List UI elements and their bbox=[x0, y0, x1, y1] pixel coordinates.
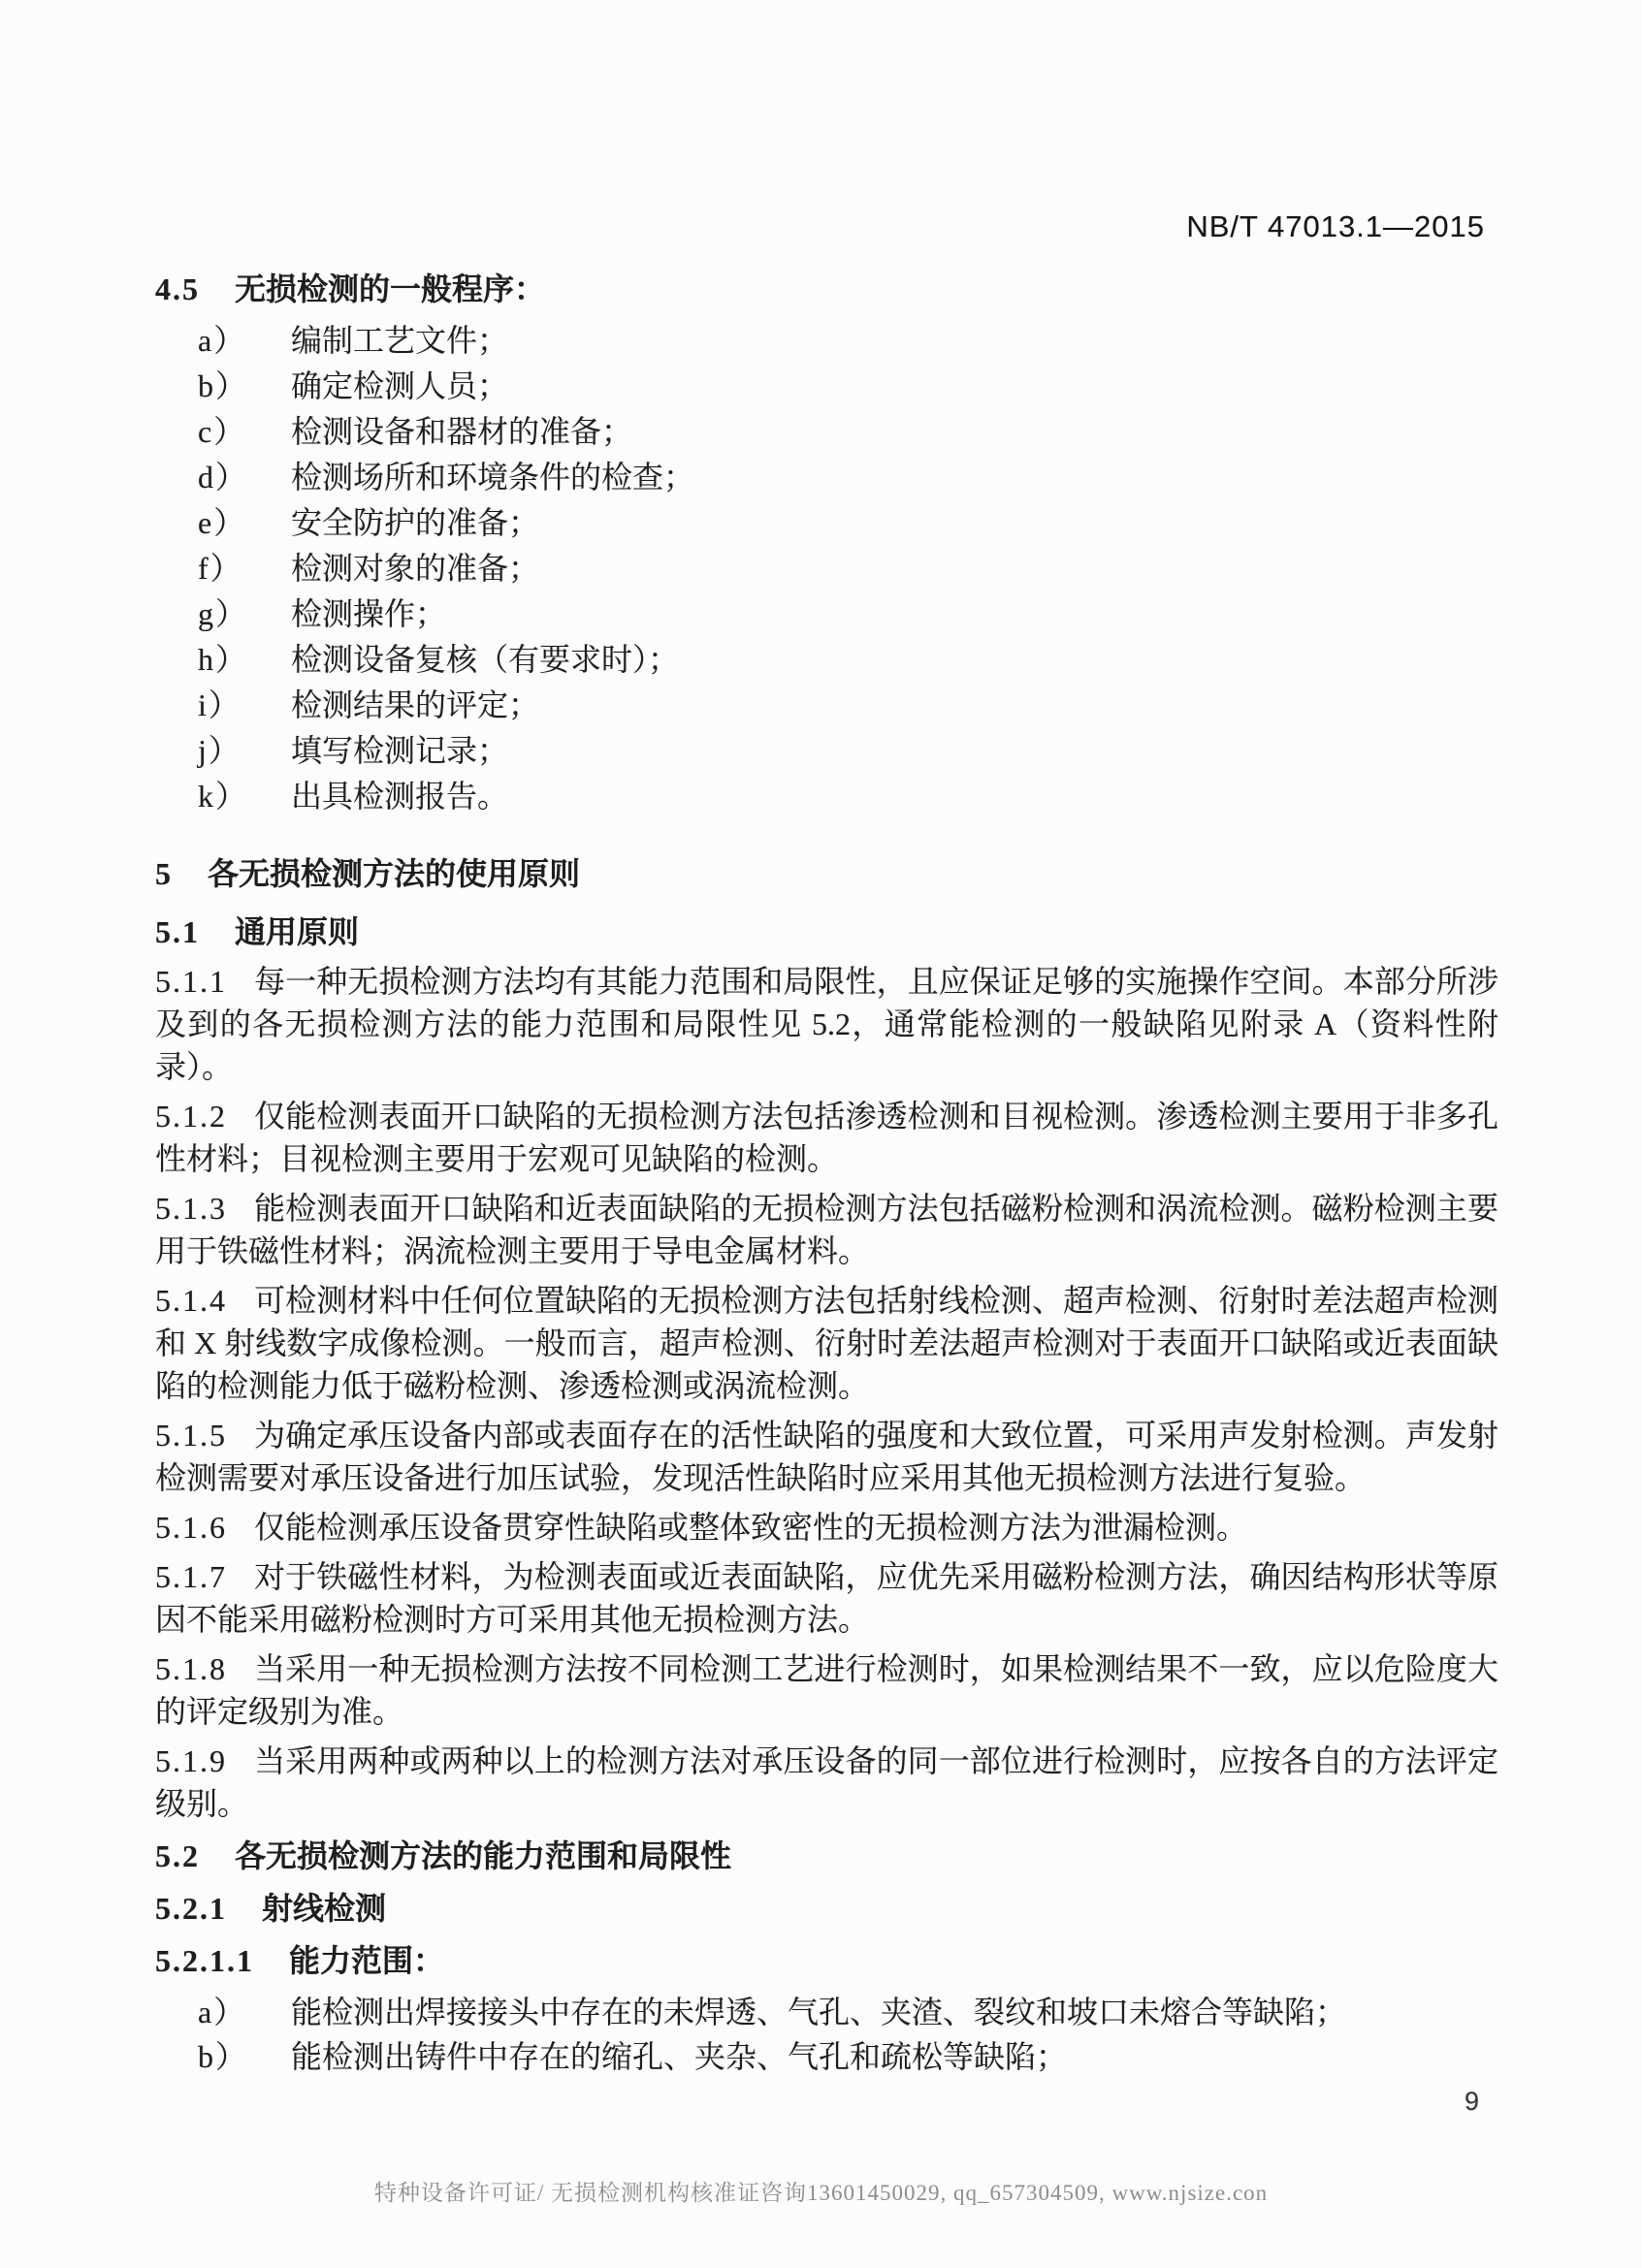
rt-capability-list: a）能检测出焊接接头中存在的未焊透、气孔、夹渣、裂纹和坡口未熔合等缺陷； b）能… bbox=[198, 1990, 1498, 2079]
clause-text: 当采用两种或两种以上的检测方法对承压设备的同一部位进行检测时，应按各自的方法评定… bbox=[155, 1743, 1498, 1821]
document-page: NB/T 47013.1—2015 4.5无损检测的一般程序： a）编制工艺文件… bbox=[0, 0, 1642, 2268]
item-label: b） bbox=[198, 364, 291, 409]
item-label: i） bbox=[198, 683, 291, 728]
clause-title: 能力范围： bbox=[289, 1943, 444, 1978]
clause-text: 仅能检测承压设备贯穿性缺陷或整体致密性的无损检测方法为泄漏检测。 bbox=[254, 1510, 1247, 1545]
clause-number: 5.1.5 bbox=[155, 1418, 227, 1453]
clause-title: 各无损检测方法的能力范围和局限性 bbox=[235, 1838, 731, 1873]
item-label: e） bbox=[198, 500, 291, 546]
clause-number: 4.5 bbox=[155, 272, 200, 306]
item-text: 检测场所和环境条件的检查； bbox=[291, 455, 694, 500]
list-item: j）填写检测记录； bbox=[198, 728, 1498, 774]
clause-number: 5 bbox=[155, 856, 173, 891]
section-5-heading: 5各无损检测方法的使用原则 bbox=[155, 852, 1498, 895]
standard-number-header: NB/T 47013.1—2015 bbox=[1186, 209, 1485, 244]
item-text: 编制工艺文件； bbox=[291, 318, 508, 364]
clause-5-1-6: 5.1.6仅能检测承压设备贯穿性缺陷或整体致密性的无损检测方法为泄漏检测。 bbox=[155, 1506, 1498, 1549]
list-item: a）编制工艺文件； bbox=[198, 318, 1498, 364]
clause-5-1-4: 5.1.4可检测材料中任何位置缺陷的无损检测方法包括射线检测、超声检测、衍射时差… bbox=[155, 1279, 1498, 1407]
clause-number: 5.1.7 bbox=[155, 1559, 227, 1594]
item-label: b） bbox=[198, 2034, 291, 2079]
item-text: 检测对象的准备； bbox=[291, 546, 539, 591]
clause-4-5-heading: 4.5无损检测的一般程序： bbox=[155, 268, 1498, 310]
clause-number: 5.1 bbox=[155, 914, 200, 949]
clause-5-1-5: 5.1.5为确定承压设备内部或表面存在的活性缺陷的强度和大致位置，可采用声发射检… bbox=[155, 1414, 1498, 1499]
item-label: d） bbox=[198, 455, 291, 500]
clause-text: 可检测材料中任何位置缺陷的无损检测方法包括射线检测、超声检测、衍射时差法超声检测… bbox=[155, 1283, 1498, 1403]
clause-number: 5.1.6 bbox=[155, 1510, 227, 1545]
section-5-1-heading: 5.1通用原则 bbox=[155, 910, 1498, 953]
list-item: f）检测对象的准备； bbox=[198, 546, 1498, 591]
item-label: j） bbox=[198, 728, 291, 774]
item-label: a） bbox=[198, 1990, 291, 2034]
clause-5-1-7: 5.1.7对于铁磁性材料，为检测表面或近表面缺陷，应优先采用磁粉检测方法，确因结… bbox=[155, 1555, 1498, 1641]
section-5-2-heading: 5.2各无损检测方法的能力范围和局限性 bbox=[155, 1835, 1498, 1877]
section-5-2-1-heading: 5.2.1射线检测 bbox=[155, 1887, 1498, 1930]
clause-title: 无损检测的一般程序： bbox=[235, 272, 545, 306]
clause-title: 通用原则 bbox=[235, 914, 359, 949]
clause-number: 5.2 bbox=[155, 1838, 200, 1873]
clause-number: 5.1.1 bbox=[155, 964, 227, 999]
list-item: a）能检测出焊接接头中存在的未焊透、气孔、夹渣、裂纹和坡口未熔合等缺陷； bbox=[198, 1990, 1498, 2034]
list-item: i）检测结果的评定； bbox=[198, 683, 1498, 728]
clause-text: 当采用一种无损检测方法按不同检测工艺进行检测时，如果检测结果不一致，应以危险度大… bbox=[155, 1651, 1498, 1729]
clause-text: 为确定承压设备内部或表面存在的活性缺陷的强度和大致位置，可采用声发射检测。声发射… bbox=[155, 1418, 1498, 1495]
page-number: 9 bbox=[1465, 2087, 1479, 2117]
item-label: f） bbox=[198, 546, 291, 591]
clause-text: 对于铁磁性材料，为检测表面或近表面缺陷，应优先采用磁粉检测方法，确因结构形状等原… bbox=[155, 1559, 1498, 1637]
clause-5-1-3: 5.1.3能检测表面开口缺陷和近表面缺陷的无损检测方法包括磁粉检测和涡流检测。磁… bbox=[155, 1187, 1498, 1272]
item-label: a） bbox=[198, 318, 291, 364]
clause-number: 5.2.1.1 bbox=[155, 1943, 254, 1978]
clause-number: 5.1.4 bbox=[155, 1283, 227, 1318]
clause-title: 各无损检测方法的使用原则 bbox=[208, 856, 580, 891]
item-text: 检测结果的评定； bbox=[291, 683, 539, 728]
item-label: h） bbox=[198, 637, 291, 683]
page-content: 4.5无损检测的一般程序： a）编制工艺文件； b）确定检测人员； c）检测设备… bbox=[155, 268, 1498, 2079]
item-text: 安全防护的准备； bbox=[291, 500, 539, 546]
clause-text: 能检测表面开口缺陷和近表面缺陷的无损检测方法包括磁粉检测和涡流检测。磁粉检测主要… bbox=[155, 1191, 1498, 1268]
clause-number: 5.1.3 bbox=[155, 1191, 227, 1226]
list-item: e）安全防护的准备； bbox=[198, 500, 1498, 546]
clause-5-1-8: 5.1.8当采用一种无损检测方法按不同检测工艺进行检测时，如果检测结果不一致，应… bbox=[155, 1647, 1498, 1733]
clause-text: 每一种无损检测方法均有其能力范围和局限性，且应保证足够的实施操作空间。本部分所涉… bbox=[155, 964, 1498, 1084]
clause-number: 5.1.2 bbox=[155, 1099, 227, 1134]
list-item: b）确定检测人员； bbox=[198, 364, 1498, 409]
list-item: g）检测操作； bbox=[198, 591, 1498, 637]
item-text: 能检测出焊接接头中存在的未焊透、气孔、夹渣、裂纹和坡口未熔合等缺陷； bbox=[291, 1990, 1346, 2034]
item-text: 确定检测人员； bbox=[291, 364, 508, 409]
section-5-2-1-1-heading: 5.2.1.1能力范围： bbox=[155, 1939, 1498, 1982]
clause-number: 5.2.1 bbox=[155, 1891, 227, 1926]
list-item: c）检测设备和器材的准备； bbox=[198, 409, 1498, 455]
list-item: b）能检测出铸件中存在的缩孔、夹杂、气孔和疏松等缺陷； bbox=[198, 2034, 1498, 2079]
clause-5-1-1: 5.1.1每一种无损检测方法均有其能力范围和局限性，且应保证足够的实施操作空间。… bbox=[155, 960, 1498, 1088]
item-text: 填写检测记录； bbox=[291, 728, 508, 774]
item-label: g） bbox=[198, 591, 291, 637]
item-text: 检测设备和器材的准备； bbox=[291, 409, 632, 455]
clause-5-1-9: 5.1.9当采用两种或两种以上的检测方法对承压设备的同一部位进行检测时，应按各自… bbox=[155, 1740, 1498, 1825]
list-item: h）检测设备复核（有要求时）； bbox=[198, 637, 1498, 683]
clause-title: 射线检测 bbox=[262, 1891, 386, 1926]
item-text: 检测设备复核（有要求时）； bbox=[291, 637, 679, 683]
clause-number: 5.1.8 bbox=[155, 1651, 227, 1686]
item-text: 出具检测报告。 bbox=[291, 774, 508, 819]
item-label: c） bbox=[198, 409, 291, 455]
procedure-list: a）编制工艺文件； b）确定检测人员； c）检测设备和器材的准备； d）检测场所… bbox=[198, 318, 1498, 819]
clause-5-1-2: 5.1.2仅能检测表面开口缺陷的无损检测方法包括渗透检测和目视检测。渗透检测主要… bbox=[155, 1095, 1498, 1180]
item-label: k） bbox=[198, 774, 291, 819]
list-item: d）检测场所和环境条件的检查； bbox=[198, 455, 1498, 500]
list-item: k）出具检测报告。 bbox=[198, 774, 1498, 819]
item-text: 能检测出铸件中存在的缩孔、夹杂、气孔和疏松等缺陷； bbox=[291, 2034, 1067, 2079]
clause-number: 5.1.9 bbox=[155, 1743, 227, 1778]
item-text: 检测操作； bbox=[291, 591, 446, 637]
footer-watermark: 特种设备许可证/ 无损检测机构核准证咨询13601450029, qq_6573… bbox=[0, 2175, 1642, 2207]
clause-text: 仅能检测表面开口缺陷的无损检测方法包括渗透检测和目视检测。渗透检测主要用于非多孔… bbox=[155, 1099, 1498, 1176]
